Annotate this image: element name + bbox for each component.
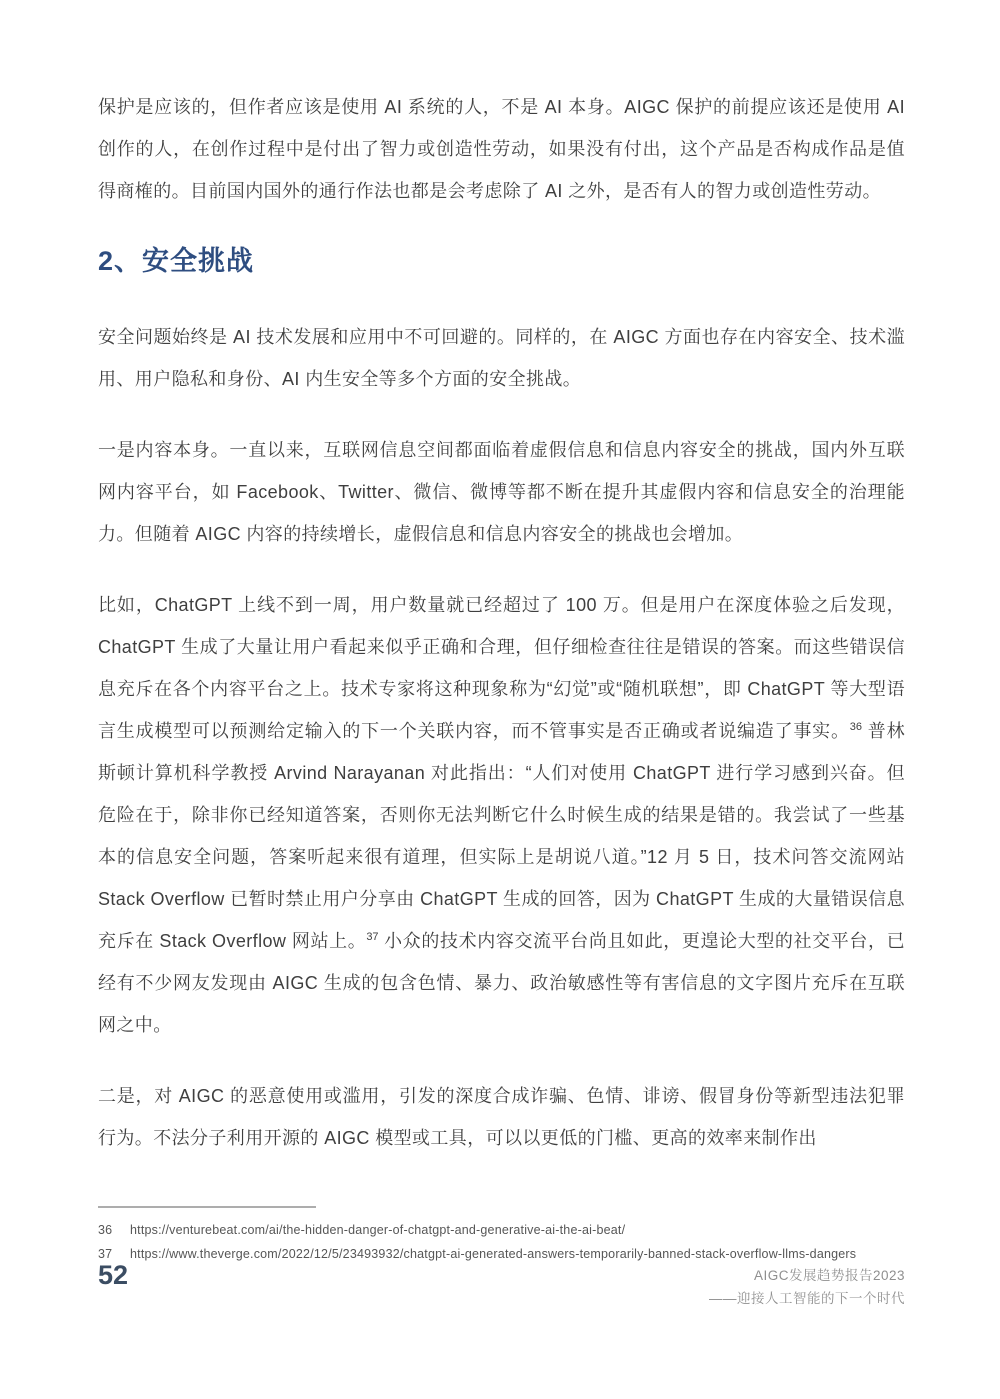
footnote-ref-37: 37	[366, 931, 378, 943]
document-page: 保护是应该的，但作者应该是使用 AI 系统的人，不是 AI 本身。AIGC 保护…	[0, 0, 1000, 1399]
page-footer: 52 AIGC发展趋势报告2023 ——迎接人工智能的下一个时代	[98, 1258, 905, 1310]
paragraph-chatgpt-example: 比如，ChatGPT 上线不到一周，用户数量就已经超过了 100 万。但是用户在…	[98, 584, 905, 1046]
footnote-divider	[98, 1206, 316, 1208]
paragraph-text: 比如，ChatGPT 上线不到一周，用户数量就已经超过了 100 万。但是用户在…	[98, 595, 905, 741]
footnote-36: 36 https://venturebeat.com/ai/the-hidden…	[98, 1218, 905, 1242]
paragraph-malicious-use: 二是，对 AIGC 的恶意使用或滥用，引发的深度合成诈骗、色情、诽谤、假冒身份等…	[98, 1075, 905, 1159]
section-heading-security-challenges: 2、安全挑战	[98, 241, 905, 281]
paragraph-content-safety: 一是内容本身。一直以来，互联网信息空间都面临着虚假信息和信息内容安全的挑战，国内…	[98, 429, 905, 555]
footnote-number: 36	[98, 1218, 130, 1242]
intro-paragraph: 保护是应该的，但作者应该是使用 AI 系统的人，不是 AI 本身。AIGC 保护…	[98, 86, 905, 212]
report-title-block: AIGC发展趋势报告2023 ——迎接人工智能的下一个时代	[709, 1258, 905, 1310]
paragraph-security-overview: 安全问题始终是 AI 技术发展和应用中不可回避的。同样的，在 AIGC 方面也存…	[98, 316, 905, 400]
footnote-url: https://venturebeat.com/ai/the-hidden-da…	[130, 1218, 905, 1242]
report-subtitle: ——迎接人工智能的下一个时代	[709, 1287, 905, 1310]
page-number: 52	[98, 1258, 128, 1292]
footnotes-section: 36 https://venturebeat.com/ai/the-hidden…	[98, 1206, 905, 1266]
footnote-ref-36: 36	[850, 721, 862, 733]
paragraph-text: 普林斯顿计算机科学教授 Arvind Narayanan 对此指出：“人们对使用…	[98, 721, 905, 951]
report-title: AIGC发展趋势报告2023	[709, 1264, 905, 1287]
page-content: 保护是应该的，但作者应该是使用 AI 系统的人，不是 AI 本身。AIGC 保护…	[0, 0, 1000, 1266]
